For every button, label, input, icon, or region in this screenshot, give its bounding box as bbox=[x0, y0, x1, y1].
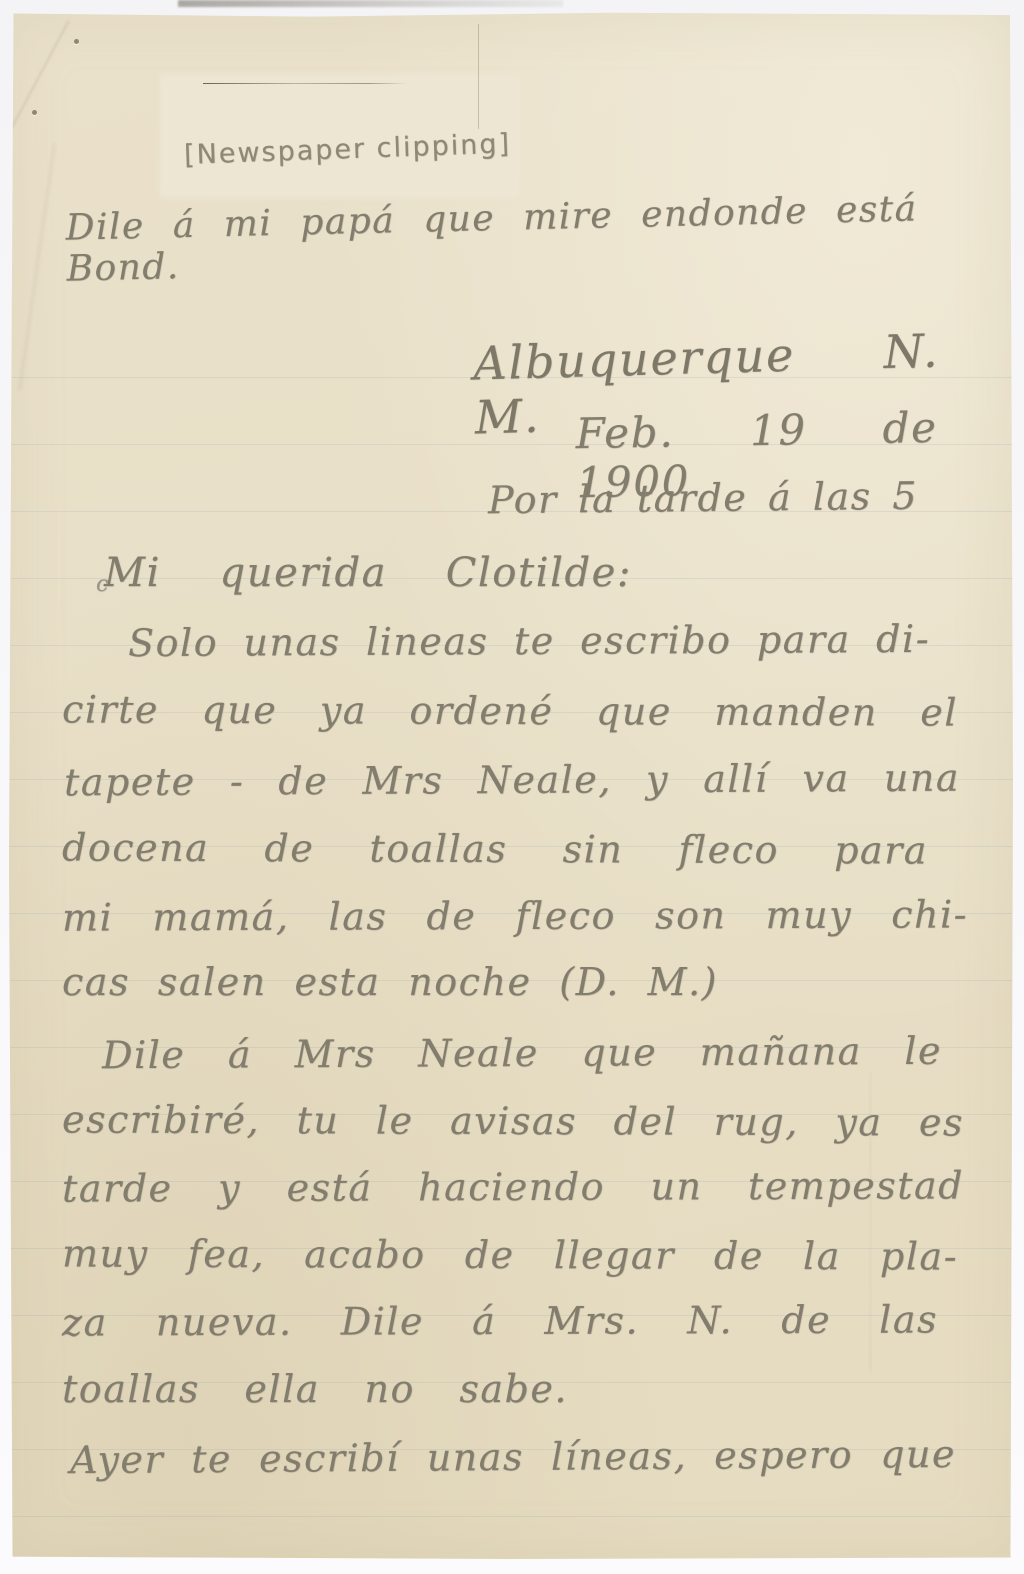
letter-line: mi mamá, las de fleco son muy chi- bbox=[62, 891, 968, 942]
margin-note: Dile á mi papá que mire endonde está Bon… bbox=[65, 188, 919, 289]
heading-time: Por la tarde á las 5 bbox=[488, 474, 918, 523]
pinhole-mark bbox=[74, 39, 79, 44]
paper-crease bbox=[478, 24, 479, 129]
letter-line: escribiré, tu le avisas del rug, ya es bbox=[62, 1096, 964, 1147]
letter-line: docena de toallas sin fleco para bbox=[62, 824, 928, 875]
letter-line: Dile á Mrs Neale que mañana le bbox=[102, 1028, 942, 1080]
scan-edge-artifact bbox=[178, 0, 563, 7]
pinhole-mark bbox=[32, 110, 37, 115]
letter-line: za nueva. Dile á Mrs. N. de las bbox=[62, 1296, 938, 1347]
scratch-mark bbox=[203, 83, 408, 84]
letter-line: Ayer te escribí unas líneas, espero que bbox=[70, 1431, 956, 1485]
letter-line: Solo unas lineas te escribo para di- bbox=[128, 616, 930, 668]
letter-line: muy fea, acabo de llegar de la pla- bbox=[62, 1230, 958, 1281]
paper-crease bbox=[6, 20, 70, 137]
letter-line: tarde y está haciendo un tempestad bbox=[62, 1162, 964, 1213]
letter-line: toallas ella no sabe. bbox=[62, 1366, 568, 1414]
letter-line: cas salen esta noche (D. M.) bbox=[62, 959, 718, 1007]
salutation: Mi querida Clotilde: bbox=[104, 550, 632, 596]
letter-line: tapete - de Mrs Neale, y allí va una bbox=[64, 755, 960, 807]
scan-background: [Newspaper clipping] Dile á mi papá que … bbox=[0, 0, 1024, 1574]
letter-page: [Newspaper clipping] Dile á mi papá que … bbox=[8, 12, 1013, 1559]
letter-line: cirte que ya ordené que manden el bbox=[62, 686, 958, 737]
